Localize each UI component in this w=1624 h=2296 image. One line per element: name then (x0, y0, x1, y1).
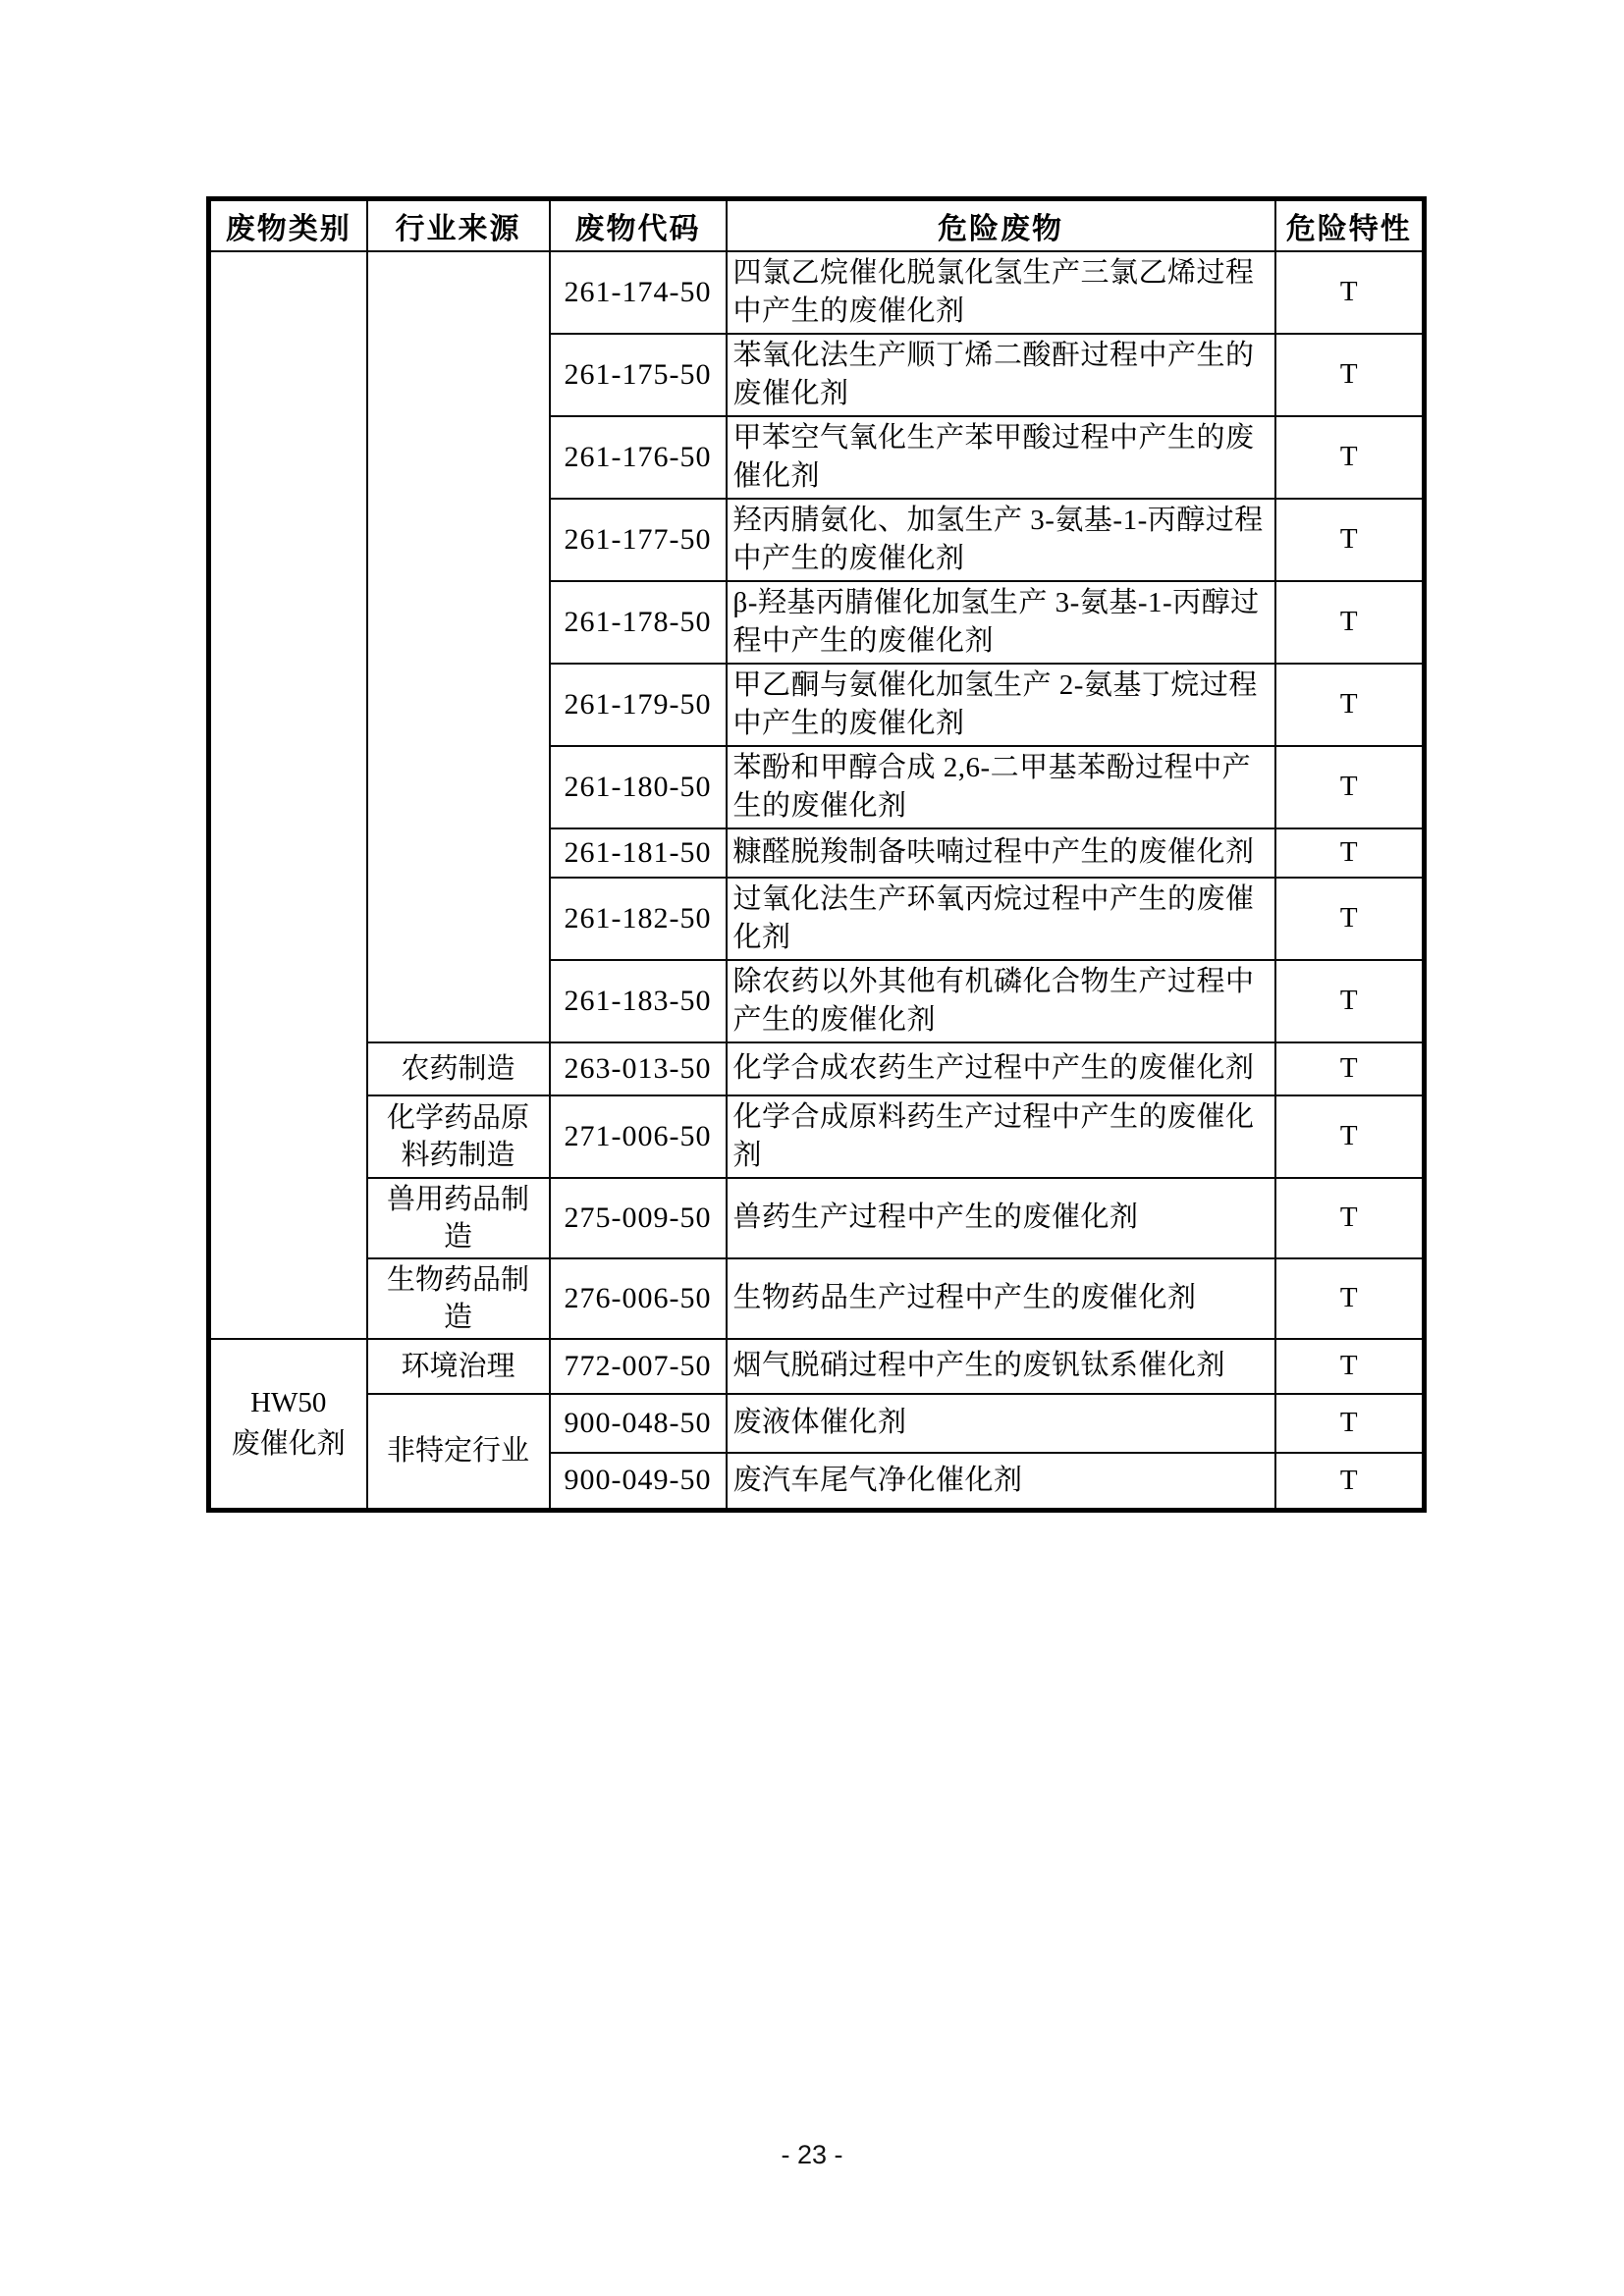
waste-code: 271-006-50 (550, 1095, 727, 1178)
waste-description: 化学合成农药生产过程中产生的废催化剂 (727, 1042, 1275, 1095)
hazard-property: T (1275, 499, 1425, 581)
waste-description: 糠醛脱羧制备呋喃过程中产生的废催化剂 (727, 828, 1275, 878)
document-page: 废物类别 行业来源 废物代码 危险废物 危险特性 261-174-50 四氯乙烷… (0, 0, 1624, 2296)
waste-code: 261-177-50 (550, 499, 727, 581)
hazard-property: T (1275, 828, 1425, 878)
hazard-property: T (1275, 1042, 1425, 1095)
table-row: HW50 废催化剂 环境治理 772-007-50 烟气脱硝过程中产生的废钒钛系… (209, 1339, 1425, 1394)
table-row: 非特定行业 900-048-50 废液体催化剂 T (209, 1394, 1425, 1453)
waste-code: 900-048-50 (550, 1394, 727, 1453)
waste-description: 过氧化法生产环氧丙烷过程中产生的废催化剂 (727, 878, 1275, 960)
waste-description: 苯酚和甲醇合成 2,6-二甲基苯酚过程中产生的废催化剂 (727, 746, 1275, 828)
hazard-property: T (1275, 1178, 1425, 1258)
waste-code: 263-013-50 (550, 1042, 727, 1095)
waste-code: 261-180-50 (550, 746, 727, 828)
industry-source: 非特定行业 (367, 1394, 550, 1511)
waste-description: 甲乙酮与氨催化加氢生产 2-氨基丁烷过程中产生的废催化剂 (727, 664, 1275, 746)
hazard-property: T (1275, 1258, 1425, 1339)
hazard-property: T (1275, 746, 1425, 828)
column-header-waste-code: 废物代码 (550, 199, 727, 251)
waste-description: 甲苯空气氧化生产苯甲酸过程中产生的废催化剂 (727, 416, 1275, 499)
waste-category-code: HW50 (217, 1382, 360, 1423)
waste-category-name: 废催化剂 (217, 1423, 360, 1465)
hazard-property: T (1275, 1453, 1425, 1511)
hazard-property: T (1275, 878, 1425, 960)
industry-source: 兽用药品制造 (367, 1178, 550, 1258)
hazard-property: T (1275, 1095, 1425, 1178)
waste-code: 261-174-50 (550, 251, 727, 334)
hazard-property: T (1275, 1339, 1425, 1394)
waste-code: 772-007-50 (550, 1339, 727, 1394)
waste-description: 苯氧化法生产顺丁烯二酸酐过程中产生的废催化剂 (727, 334, 1275, 416)
waste-description: 生物药品生产过程中产生的废催化剂 (727, 1258, 1275, 1339)
page-number: - 23 - (0, 2140, 1624, 2170)
waste-code: 261-183-50 (550, 960, 727, 1042)
waste-category-empty-cell (209, 251, 367, 1339)
waste-description: 兽药生产过程中产生的废催化剂 (727, 1178, 1275, 1258)
column-header-industry-source: 行业来源 (367, 199, 550, 251)
industry-source-empty-cell (367, 251, 550, 1042)
industry-source: 生物药品制造 (367, 1258, 550, 1339)
industry-source: 农药制造 (367, 1042, 550, 1095)
waste-code: 276-006-50 (550, 1258, 727, 1339)
waste-description: 烟气脱硝过程中产生的废钒钛系催化剂 (727, 1339, 1275, 1394)
table-row: 生物药品制造 276-006-50 生物药品生产过程中产生的废催化剂 T (209, 1258, 1425, 1339)
hazard-property: T (1275, 416, 1425, 499)
column-header-hazard-property: 危险特性 (1275, 199, 1425, 251)
waste-description: 四氯乙烷催化脱氯化氢生产三氯乙烯过程中产生的废催化剂 (727, 251, 1275, 334)
waste-code: 261-181-50 (550, 828, 727, 878)
waste-code: 275-009-50 (550, 1178, 727, 1258)
hazardous-waste-table: 废物类别 行业来源 废物代码 危险废物 危险特性 261-174-50 四氯乙烷… (206, 196, 1427, 1513)
waste-category-cell: HW50 废催化剂 (209, 1339, 367, 1511)
waste-description: 废汽车尾气净化催化剂 (727, 1453, 1275, 1511)
table-header-row: 废物类别 行业来源 废物代码 危险废物 危险特性 (209, 199, 1425, 251)
industry-source: 环境治理 (367, 1339, 550, 1394)
waste-description: 除农药以外其他有机磷化合物生产过程中产生的废催化剂 (727, 960, 1275, 1042)
table-row: 261-174-50 四氯乙烷催化脱氯化氢生产三氯乙烯过程中产生的废催化剂 T (209, 251, 1425, 334)
hazard-property: T (1275, 664, 1425, 746)
table-row: 农药制造 263-013-50 化学合成农药生产过程中产生的废催化剂 T (209, 1042, 1425, 1095)
column-header-waste-category: 废物类别 (209, 199, 367, 251)
waste-code: 900-049-50 (550, 1453, 727, 1511)
hazard-property: T (1275, 251, 1425, 334)
column-header-hazardous-waste: 危险废物 (727, 199, 1275, 251)
table-row: 化学药品原料药制造 271-006-50 化学合成原料药生产过程中产生的废催化剂… (209, 1095, 1425, 1178)
hazard-property: T (1275, 960, 1425, 1042)
waste-code: 261-175-50 (550, 334, 727, 416)
waste-code: 261-182-50 (550, 878, 727, 960)
waste-description: 化学合成原料药生产过程中产生的废催化剂 (727, 1095, 1275, 1178)
hazard-property: T (1275, 334, 1425, 416)
waste-description: 废液体催化剂 (727, 1394, 1275, 1453)
hazard-property: T (1275, 581, 1425, 664)
table-row: 兽用药品制造 275-009-50 兽药生产过程中产生的废催化剂 T (209, 1178, 1425, 1258)
waste-description: 羟丙腈氨化、加氢生产 3-氨基-1-丙醇过程中产生的废催化剂 (727, 499, 1275, 581)
waste-code: 261-178-50 (550, 581, 727, 664)
waste-description: β-羟基丙腈催化加氢生产 3-氨基-1-丙醇过程中产生的废催化剂 (727, 581, 1275, 664)
waste-code: 261-176-50 (550, 416, 727, 499)
waste-code: 261-179-50 (550, 664, 727, 746)
hazard-property: T (1275, 1394, 1425, 1453)
industry-source: 化学药品原料药制造 (367, 1095, 550, 1178)
